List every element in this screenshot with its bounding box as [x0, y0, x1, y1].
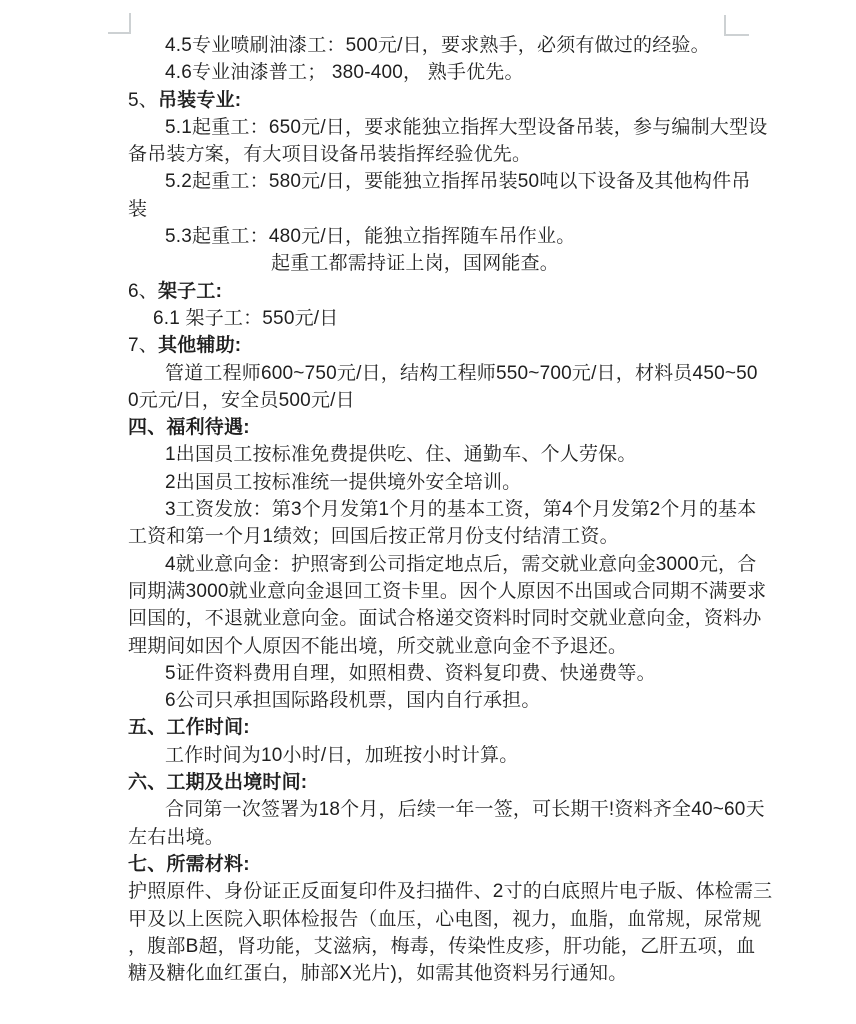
heading-title: 其他辅助:: [158, 335, 241, 356]
heading-title: 工期及出境时间:: [166, 772, 307, 793]
text-line: 2出国员工按标准统一提供境外安全培训。: [128, 469, 746, 496]
text-line: 工作时间为10小时/日，加班按小时计算。: [128, 742, 746, 769]
heading-title: 架子工:: [158, 281, 222, 302]
text-line: 4.5专业喷刷油漆工：500元/日，要求熟手，必须有做过的经验。: [128, 32, 746, 59]
text-line: 同期满3000就业意向金退回工资卡里。因个人原因不出国或合同期不满要求: [128, 578, 746, 605]
text-line: ，腹部B超，肾功能，艾滋病，梅毒，传染性皮疹，肝功能，乙肝五项，血: [128, 933, 746, 960]
section-heading: 6、架子工:: [128, 278, 746, 305]
document-content: 4.5专业喷刷油漆工：500元/日，要求熟手，必须有做过的经验。4.6专业油漆普…: [128, 32, 746, 987]
text-line: 4.6专业油漆普工； 380-400， 熟手优先。: [128, 59, 746, 86]
section-heading: 六、工期及出境时间:: [128, 769, 746, 796]
text-line: 合同第一次签署为18个月，后续一年一签，可长期干!资料齐全40~60天: [128, 796, 746, 823]
text-line: 甲及以上医院入职体检报告（血压，心电图，视力，血脂，血常规，尿常规: [128, 906, 746, 933]
heading-title: 福利待遇:: [166, 417, 249, 438]
text-line: 5.3起重工：480元/日，能独立指挥随车吊作业。: [128, 223, 746, 250]
heading-number: 7、: [128, 335, 158, 356]
text-line: 6公司只承担国际路段机票，国内自行承担。: [128, 687, 746, 714]
text-line: 5.1起重工：650元/日，要求能独立指挥大型设备吊装，参与编制大型设: [128, 114, 746, 141]
section-heading: 七、所需材料:: [128, 851, 746, 878]
text-line: 护照原件、身份证正反面复印件及扫描件、2寸的白底照片电子版、体检需三: [128, 878, 746, 905]
heading-title: 吊装专业:: [158, 90, 241, 111]
heading-title: 六、: [128, 772, 166, 793]
heading-title: 所需材料:: [166, 854, 249, 875]
text-line: 工资和第一个月1绩效；回国后按正常月份支付结清工资。: [128, 523, 746, 550]
text-line: 4就业意向金：护照寄到公司指定地点后，需交就业意向金3000元，合: [128, 551, 746, 578]
text-line: 5.2起重工：580元/日，要能独立指挥吊装50吨以下设备及其他构件吊: [128, 168, 746, 195]
text-line: 备吊装方案，有大项目设备吊装指挥经验优先。: [128, 141, 746, 168]
section-heading: 四、福利待遇:: [128, 414, 746, 441]
heading-number: 5、: [128, 90, 158, 111]
text-line: 回国的，不退就业意向金。面试合格递交资料时同时交就业意向金，资料办: [128, 605, 746, 632]
text-line: 6.1 架子工：550元/日: [128, 305, 746, 332]
text-line: 左右出境。: [128, 824, 746, 851]
text-boundary-mark-left: [108, 13, 131, 34]
text-line: 0元元/日，安全员500元/日: [128, 387, 746, 414]
text-line: 3工资发放：第3个月发第1个月的基本工资，第4个月发第2个月的基本: [128, 496, 746, 523]
text-line: 糖及糖化血红蛋白，肺部X光片)，如需其他资料另行通知。: [128, 960, 746, 987]
heading-title: 工作时间:: [166, 717, 249, 738]
heading-title: 四、: [128, 417, 166, 438]
section-heading: 7、其他辅助:: [128, 332, 746, 359]
text-line: 5证件资料费用自理，如照相费、资料复印费、快递费等。: [128, 660, 746, 687]
text-line: 装: [128, 196, 746, 223]
document-page: 4.5专业喷刷油漆工：500元/日，要求熟手，必须有做过的经验。4.6专业油漆普…: [0, 0, 856, 1024]
text-line: 1出国员工按标准免费提供吃、住、通勤车、个人劳保。: [128, 441, 746, 468]
heading-number: 6、: [128, 281, 158, 302]
heading-title: 七、: [128, 854, 166, 875]
text-line: 理期间如因个人原因不能出境，所交就业意向金不予退还。: [128, 633, 746, 660]
section-heading: 五、工作时间:: [128, 714, 746, 741]
text-line: 管道工程师600~750元/日，结构工程师550~700元/日，材料员450~5…: [128, 360, 746, 387]
section-heading: 5、吊装专业:: [128, 87, 746, 114]
text-line: 起重工都需持证上岗，国网能查。: [128, 250, 746, 277]
heading-title: 五、: [128, 717, 166, 738]
